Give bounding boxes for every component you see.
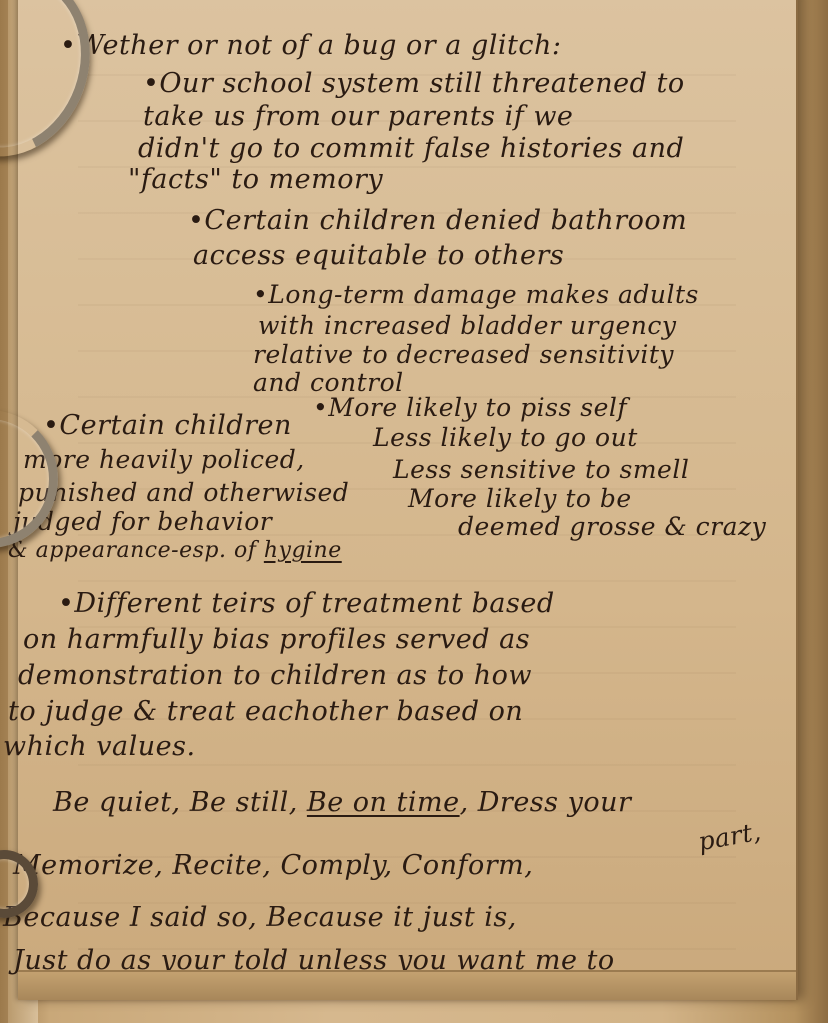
text-segment: & appearance-esp. of [8,538,264,563]
text-line: Less likely to go out [373,423,638,452]
text-line: didn't go to commit false histories and [138,133,684,164]
underlined-word: hygine [264,538,342,563]
text-segment: , Dress your [460,787,632,818]
text-line: •More likely to piss self [313,393,627,422]
text-line: deemed grosse & crazy [458,512,766,541]
text-line: access equitable to others [193,240,564,271]
text-line: on harmfully bias profiles served as [23,624,530,655]
heading-line: •Wether or not of a bug or a glitch: [60,30,561,61]
text-line: •Certain children denied bathroom [188,205,687,236]
text-line: punished and otherwised [18,478,349,507]
page-fold [18,970,796,1000]
text-line: Less sensitive to smell [393,455,689,484]
text-line: Be quiet, Be still, Be on time, Dress yo… [53,787,631,818]
text-line: to judge & treat eachother based on [8,696,523,727]
text-line: judged for behavior [13,507,272,536]
text-line: "facts" to memory [128,164,383,195]
underlined-phrase: Be on time [307,787,460,818]
text-line: More likely to be [408,484,632,513]
text-line: with increased bladder urgency [258,311,677,340]
text-line: demonstration to children as to how [18,660,532,691]
text-line: more heavily policed, [23,445,305,474]
text-line: & appearance-esp. of hygine [8,538,342,563]
text-line: Memorize, Recite, Comply, Conform, [13,850,533,881]
text-line: take us from our parents if we [143,101,573,132]
text-line: which values. [3,731,196,762]
text-line: Because I said so, Because it just is, [3,902,517,933]
text-line: relative to decreased sensitivity [253,340,674,369]
notebook-page: •Wether or not of a bug or a glitch: •Ou… [18,0,798,1000]
text-line: •Certain children [43,410,292,441]
text-line: •Different teirs of treatment based [58,588,555,619]
text-line: •Long-term damage makes adults [253,280,699,309]
text-line: •Our school system still threatened to [143,68,685,99]
text-segment: Be quiet, Be still, [53,787,307,818]
